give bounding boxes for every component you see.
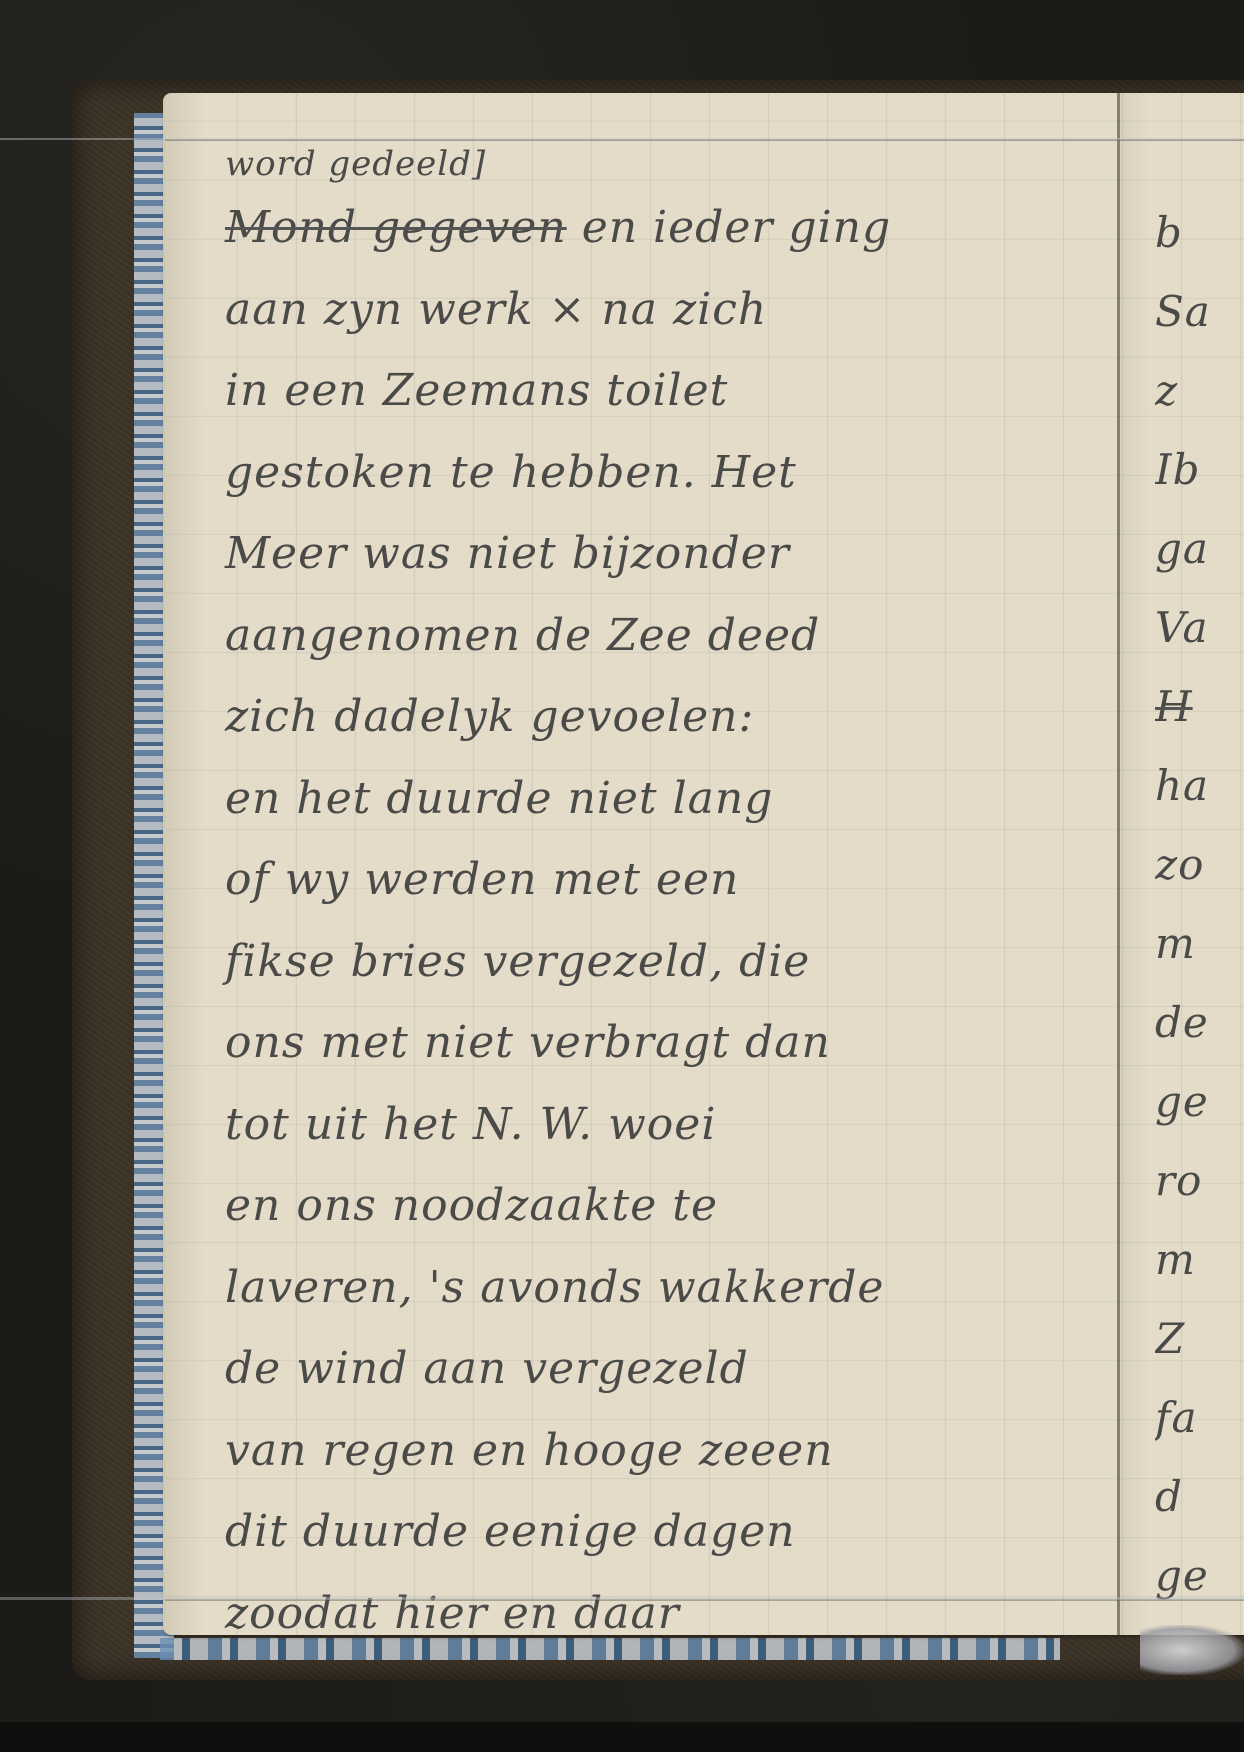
handwritten-fragment: fa [1155, 1378, 1244, 1457]
handwritten-line: de wind aan vergezeld [225, 1328, 1105, 1410]
handwritten-fragment: ro [1155, 1141, 1244, 1220]
handwritten-fragment: Ib [1155, 430, 1244, 509]
handwritten-line: ons met niet verbragt dan [225, 1002, 1105, 1084]
handwritten-fragment: ge [1155, 1536, 1244, 1615]
handwritten-line: van regen en hooge zeeen [225, 1410, 1105, 1492]
handwritten-fragment: m [1155, 1220, 1244, 1299]
handwritten-fragment: Sa [1155, 272, 1244, 351]
notebook-spread: word gedeeld] Mond gegeven en ieder ging… [165, 93, 1244, 1635]
handwritten-fragment: ha [1155, 746, 1244, 825]
handwritten-line-struck: Mond gegeven en ieder ging [225, 187, 1105, 269]
handwritten-fragment: m [1155, 904, 1244, 983]
handwritten-line: zich dadelyk gevoelen: [225, 676, 1105, 758]
handwritten-fragment: b [1155, 193, 1244, 272]
handwritten-line: fikse bries vergezeld, die [225, 921, 1105, 1003]
handwritten-fragment-struck: H [1155, 667, 1244, 746]
glass-reflection-line [0, 1597, 1244, 1600]
handwritten-line: zoodat hier en daar [225, 1573, 1105, 1636]
page-gutter [1117, 93, 1120, 1635]
handwritten-line: of wy werden met een [225, 839, 1105, 921]
handwritten-fragment: Z [1155, 1299, 1244, 1378]
bottom-dark-band [0, 1722, 1244, 1752]
handwritten-fragment: de [1155, 983, 1244, 1062]
glass-reflection-line [0, 138, 1244, 140]
handwritten-line: in een Zeemans toilet [225, 350, 1105, 432]
left-page-text: word gedeeld] Mond gegeven en ieder ging… [225, 141, 1105, 1635]
handwritten-fragment: ga [1155, 509, 1244, 588]
handwritten-line: aan zyn werk × na zich [225, 269, 1105, 351]
handwritten-fragment: zo [1155, 825, 1244, 904]
handwritten-line: Meer was niet bijzonder [225, 513, 1105, 595]
handwritten-line: dit duurde eenige dagen [225, 1491, 1105, 1573]
handwritten-fragment: d [1155, 1457, 1244, 1536]
continued-text: en ieder ging [582, 202, 891, 253]
handwritten-line: word gedeeld] [225, 141, 1105, 187]
handwritten-line: en het duurde niet lang [225, 758, 1105, 840]
handwritten-fragment: z [1155, 351, 1244, 430]
handwritten-line: laveren, 's avonds wakkerde [225, 1247, 1105, 1329]
handwritten-line: en ons noodzaakte te [225, 1165, 1105, 1247]
fiber-tuft [1140, 1625, 1244, 1675]
marbled-endpaper-bottom [160, 1638, 1060, 1660]
handwritten-line: aangenomen de Zee deed [225, 595, 1105, 677]
handwritten-fragment: Va [1155, 588, 1244, 667]
handwritten-fragment: ge [1155, 1062, 1244, 1141]
handwritten-line: gestoken te hebben. Het [225, 432, 1105, 514]
handwritten-line: tot uit het N. W. woei [225, 1084, 1105, 1166]
right-page-text-fragments: b Sa z Ib ga Va H ha zo m de ge ro m Z f… [1155, 193, 1244, 1635]
struck-word: Mond gegeven [225, 202, 567, 253]
